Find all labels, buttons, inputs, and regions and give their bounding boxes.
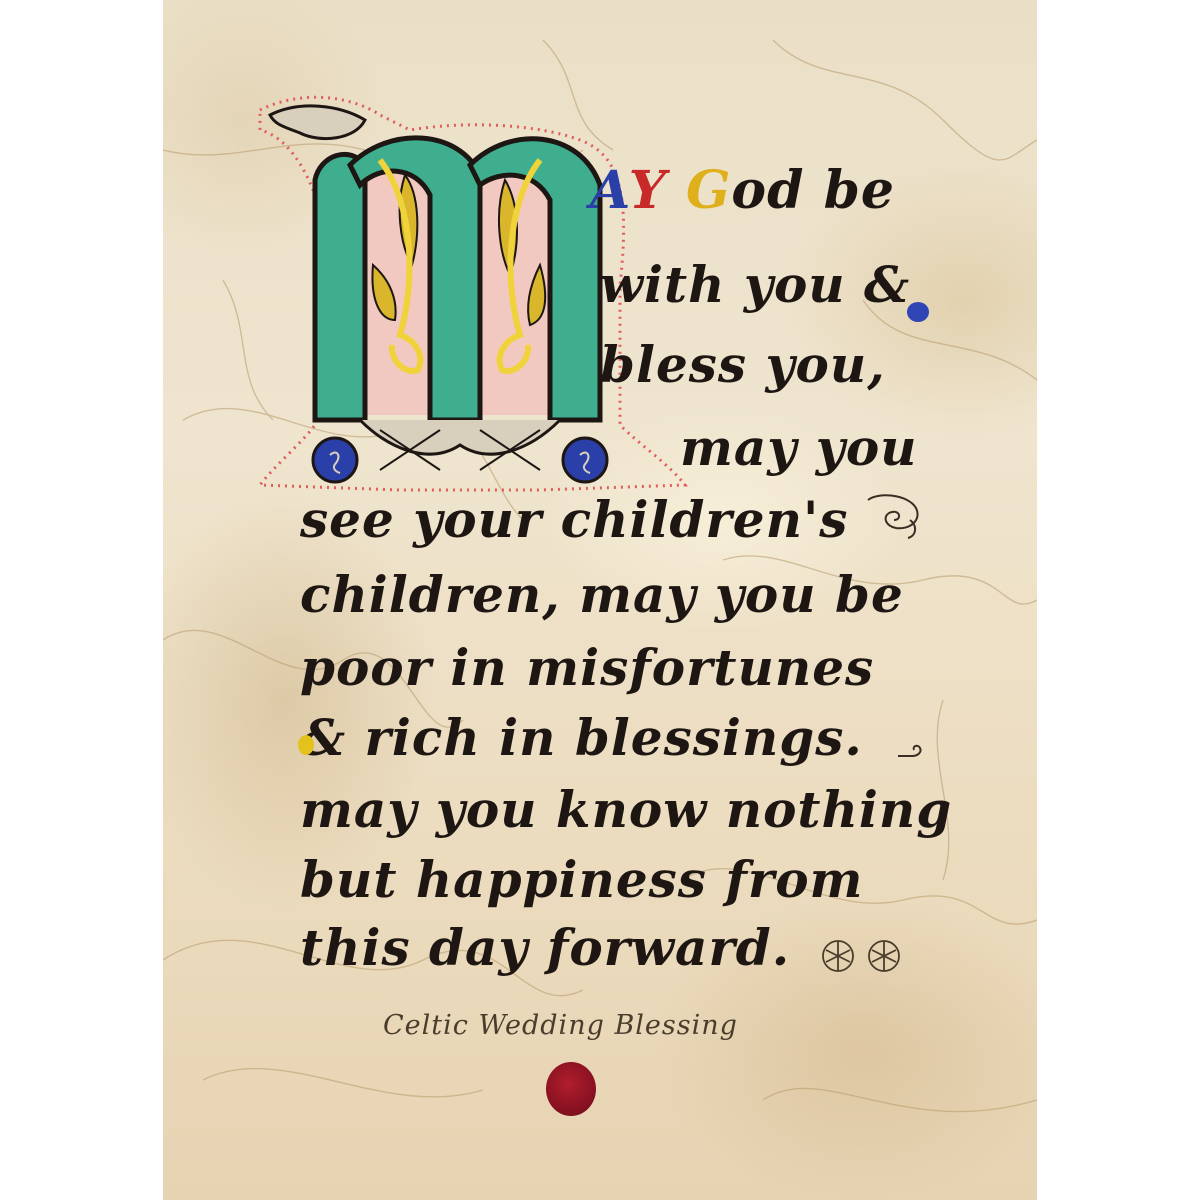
blue-ampersand-accent bbox=[907, 302, 929, 322]
blessing-line-5: see your children's bbox=[300, 490, 848, 549]
blue-roundel-right bbox=[563, 438, 607, 482]
blessing-line-9: may you know nothing bbox=[300, 780, 952, 839]
top-knot-cap bbox=[270, 106, 365, 139]
colored-letter-a: A bbox=[590, 160, 629, 221]
blessing-line-1: AY God be bbox=[590, 160, 895, 221]
colored-letter-g: G bbox=[686, 160, 731, 221]
blessing-line-10: but happiness from bbox=[300, 850, 863, 909]
blue-roundel-left bbox=[313, 438, 357, 482]
blessing-line-11: this day forward. bbox=[300, 918, 790, 977]
credit-caption: Celtic Wedding Blessing bbox=[383, 1010, 738, 1041]
line-1-rest: od be bbox=[731, 160, 895, 221]
blessing-line-4: may you bbox=[680, 418, 918, 477]
spiral-flourish-icon bbox=[860, 490, 930, 550]
blessing-line-2: with you & bbox=[600, 255, 910, 314]
blessing-line-8: & rich in blessings. bbox=[300, 708, 863, 767]
spiral-end-icon bbox=[898, 742, 928, 762]
celtic-knot-flower-icon bbox=[818, 936, 908, 976]
red-wax-seal bbox=[546, 1062, 596, 1116]
blessing-line-7: poor in misfortunes bbox=[300, 638, 874, 697]
blessing-line-3: bless you, bbox=[600, 335, 886, 394]
colored-letter-y: Y bbox=[629, 160, 667, 221]
blessing-line-6: children, may you be bbox=[300, 565, 904, 624]
gold-ampersand-accent bbox=[298, 735, 314, 755]
